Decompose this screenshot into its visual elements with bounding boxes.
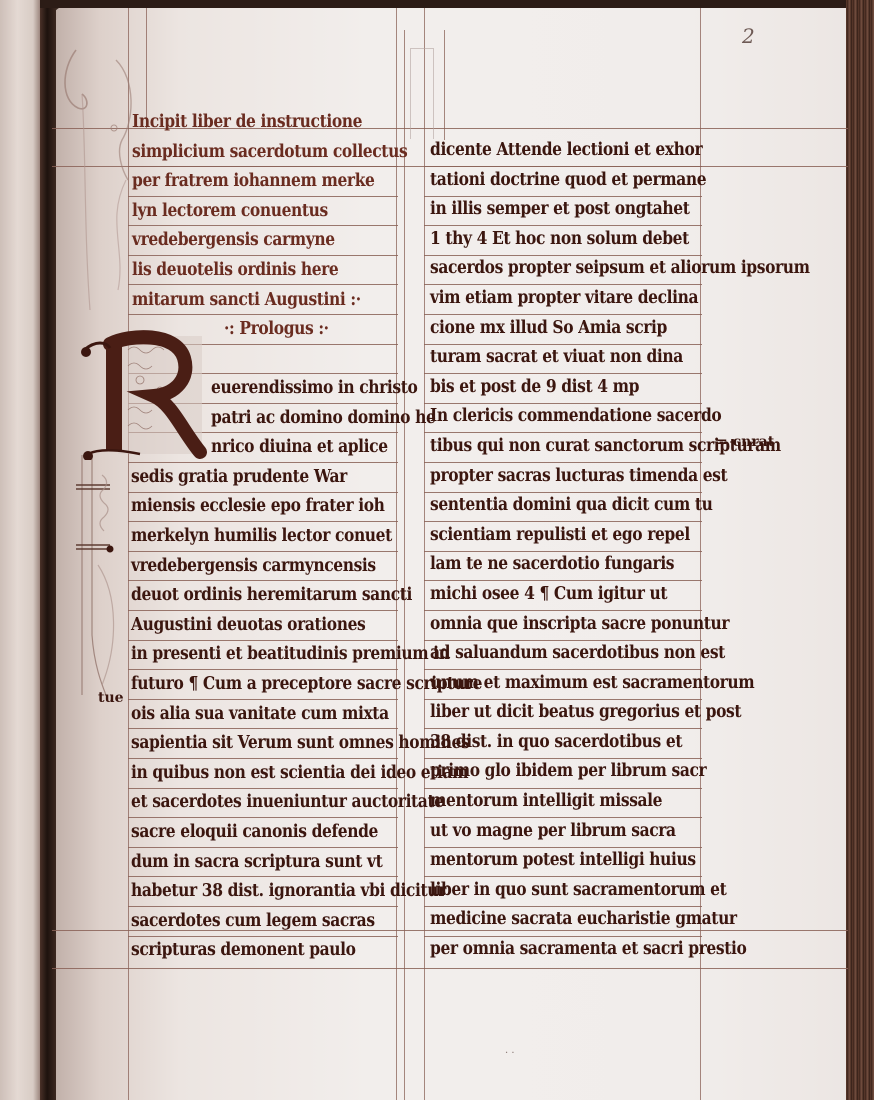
text-line: sacre eloquii canonis defende bbox=[131, 814, 401, 848]
incipit-heading: Incipit liber de instructionesimplicium … bbox=[132, 106, 407, 343]
folio-number: 2 bbox=[742, 24, 755, 48]
pencil-bracket-mark bbox=[410, 48, 434, 139]
text-line: michi osee 4 ¶ Cum igitur ut bbox=[430, 576, 705, 610]
text-line: scripturas demonent paulo bbox=[131, 932, 401, 966]
ruling-line-horizontal bbox=[52, 968, 848, 969]
top-edge-shadow bbox=[40, 0, 874, 8]
text-line: futuro ¶ Cum a preceptore sacre scriptur… bbox=[131, 666, 401, 700]
left-marginal-note: tue bbox=[98, 690, 124, 706]
text-line: ·: Prologus :· bbox=[224, 311, 407, 345]
text-line: Incipit liber de instructione bbox=[132, 104, 407, 138]
marginal-vine-icon bbox=[58, 455, 138, 705]
right-text-column: dicente Attende lectioni et exhortationi… bbox=[430, 134, 705, 963]
left-text-column: euerendissimo in christopatri ac domino … bbox=[131, 372, 401, 964]
facing-page-edge bbox=[0, 0, 44, 1100]
book-fore-edge bbox=[846, 0, 874, 1100]
text-line: tibus qui non curat sanctorum scripturam bbox=[430, 428, 705, 462]
text-line: merkelyn humilis lector conuet bbox=[131, 518, 401, 552]
text-line: dicente Attende lectioni et exhor bbox=[430, 132, 705, 166]
text-line: per omnia sacramenta et sacri prestio bbox=[430, 931, 705, 965]
binding-gutter bbox=[40, 0, 56, 1100]
right-marginal-note: = cnrat bbox=[716, 434, 774, 450]
text-line: vim etiam propter vitare declina bbox=[430, 280, 705, 314]
ink-smudge: · · bbox=[505, 1048, 515, 1059]
marginal-flourish-icon bbox=[56, 30, 136, 330]
ruling-line-vertical bbox=[444, 30, 445, 140]
text-line: euerendissimo in christo bbox=[211, 370, 401, 404]
text-line: mentorum intelligit missale bbox=[430, 783, 705, 817]
text-line: lis deuotelis ordinis here bbox=[132, 252, 407, 286]
